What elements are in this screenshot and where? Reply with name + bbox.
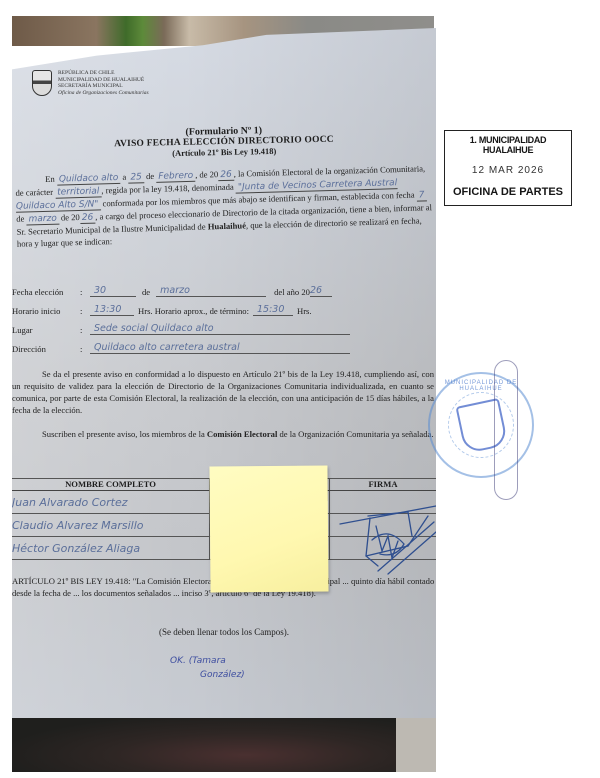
legal-text: Se da el presente aviso en conformidad a… — [12, 369, 434, 415]
document-page: República de Chile Municipalidad de Hual… — [12, 28, 436, 718]
intro-text: de — [146, 171, 154, 181]
character-field: territorial — [55, 186, 102, 198]
place-field: Quildaco alto — [57, 173, 121, 186]
commission-name: Comisión Electoral — [207, 429, 277, 439]
intro-text: de 20 — [61, 212, 80, 223]
month-field: Febrero — [156, 171, 195, 183]
horario-inicio-field: 13:30 — [90, 304, 134, 316]
intro-text: , de 20 — [195, 169, 218, 180]
election-fields: Fecha elección : 30 de marzo del año 202… — [12, 278, 436, 354]
approval-note: OK. (Tamara González) — [170, 654, 245, 682]
stamp-date: 12 MAR 2026 — [445, 165, 571, 176]
intro-paragraph: En Quildaco alto a 25 de Febrero, de 202… — [15, 162, 433, 250]
fecha-label: Fecha elección — [12, 287, 80, 297]
member-name: Héctor González Aliaga — [12, 537, 210, 559]
established-day-field: 7 — [417, 190, 427, 201]
horario-hrs-label: Hrs. Horario aprox., de término: — [134, 306, 253, 316]
fill-all-fields-note: (Se deben llenar todos los Campos). — [12, 626, 436, 638]
member-name: Juan Alvarado Cortez — [12, 491, 210, 513]
field-row-horario: Horario inicio : 13:30 Hrs. Horario apro… — [12, 297, 436, 316]
horario-termino-field: 15:30 — [253, 304, 293, 316]
direccion-field: Quildaco alto carretera austral — [90, 342, 350, 354]
initial-mark-icon — [494, 360, 518, 500]
field-row-direccion: Dirección : Quildaco alto carretera aust… — [12, 335, 436, 354]
approval-line-2: González) — [170, 668, 245, 682]
approval-line-1: OK. (Tamara — [170, 654, 245, 668]
letterhead: República de Chile Municipalidad de Hual… — [32, 70, 149, 96]
subscribe-text: Suscriben el presente aviso, los miembro… — [12, 429, 205, 439]
intro-text: , regida por la ley 19.418, denominada — [101, 182, 234, 196]
fecha-year-field: 26 — [310, 285, 332, 297]
background-photo-bottom — [12, 716, 436, 772]
org-lines: República de Chile Municipalidad de Hual… — [58, 70, 149, 96]
established-month-field: marzo — [26, 214, 59, 226]
municipality-name: Hualaihué — [208, 220, 246, 231]
fecha-year-label: del año 20 — [266, 287, 310, 297]
day-field: 25 — [128, 172, 144, 183]
background-surface — [396, 716, 436, 772]
intro-text: de — [16, 214, 24, 224]
horario-hrs-label: Hrs. — [293, 306, 312, 316]
colon: : — [80, 344, 90, 354]
header-nombre: NOMBRE COMPLETO — [12, 479, 210, 490]
intro-text: a — [122, 172, 126, 182]
colon: : — [80, 325, 90, 335]
sticky-note-redaction — [209, 465, 328, 592]
stamp-municipality: 1. MUNICIPALIDAD HUALAIHUE — [445, 135, 571, 155]
field-row-lugar: Lugar : Sede social Quildaco alto — [12, 316, 436, 335]
subscribe-text: de la Organización Comunitaria ya señala… — [280, 429, 434, 439]
lugar-field: Sede social Quildaco alto — [90, 323, 350, 335]
member-name: Claudio Alvarez Marsillo — [12, 514, 210, 536]
stamp-office: OFICINA DE PARTES — [445, 186, 571, 198]
municipal-crest-icon — [32, 70, 52, 96]
colon: : — [80, 287, 90, 297]
signature-scribble-icon — [338, 496, 436, 576]
direccion-label: Dirección — [12, 344, 80, 354]
header-firma: FIRMA — [330, 479, 436, 490]
fecha-de: de — [136, 287, 156, 297]
colon: : — [80, 306, 90, 316]
lugar-label: Lugar — [12, 325, 80, 335]
horario-label: Horario inicio — [12, 306, 80, 316]
year-field: 26 — [218, 170, 234, 181]
subscribe-paragraph: Suscriben el presente aviso, los miembro… — [12, 428, 434, 440]
municipal-seal-icon: MUNICIPALIDAD DE HUALAIHUE — [428, 372, 534, 478]
fecha-day-field: 30 — [90, 285, 136, 297]
field-row-fecha: Fecha elección : 30 de marzo del año 202… — [12, 278, 436, 297]
fecha-month-field: marzo — [156, 285, 266, 297]
org-line-office: Oficina de Organizaciones Comunitarias — [58, 90, 149, 97]
oficina-partes-stamp: 1. MUNICIPALIDAD HUALAIHUE 12 MAR 2026 O… — [444, 130, 572, 206]
legal-paragraph: Se da el presente aviso en conformidad a… — [12, 368, 434, 416]
established-year-field: 26 — [80, 213, 96, 224]
intro-text: En — [15, 174, 55, 185]
